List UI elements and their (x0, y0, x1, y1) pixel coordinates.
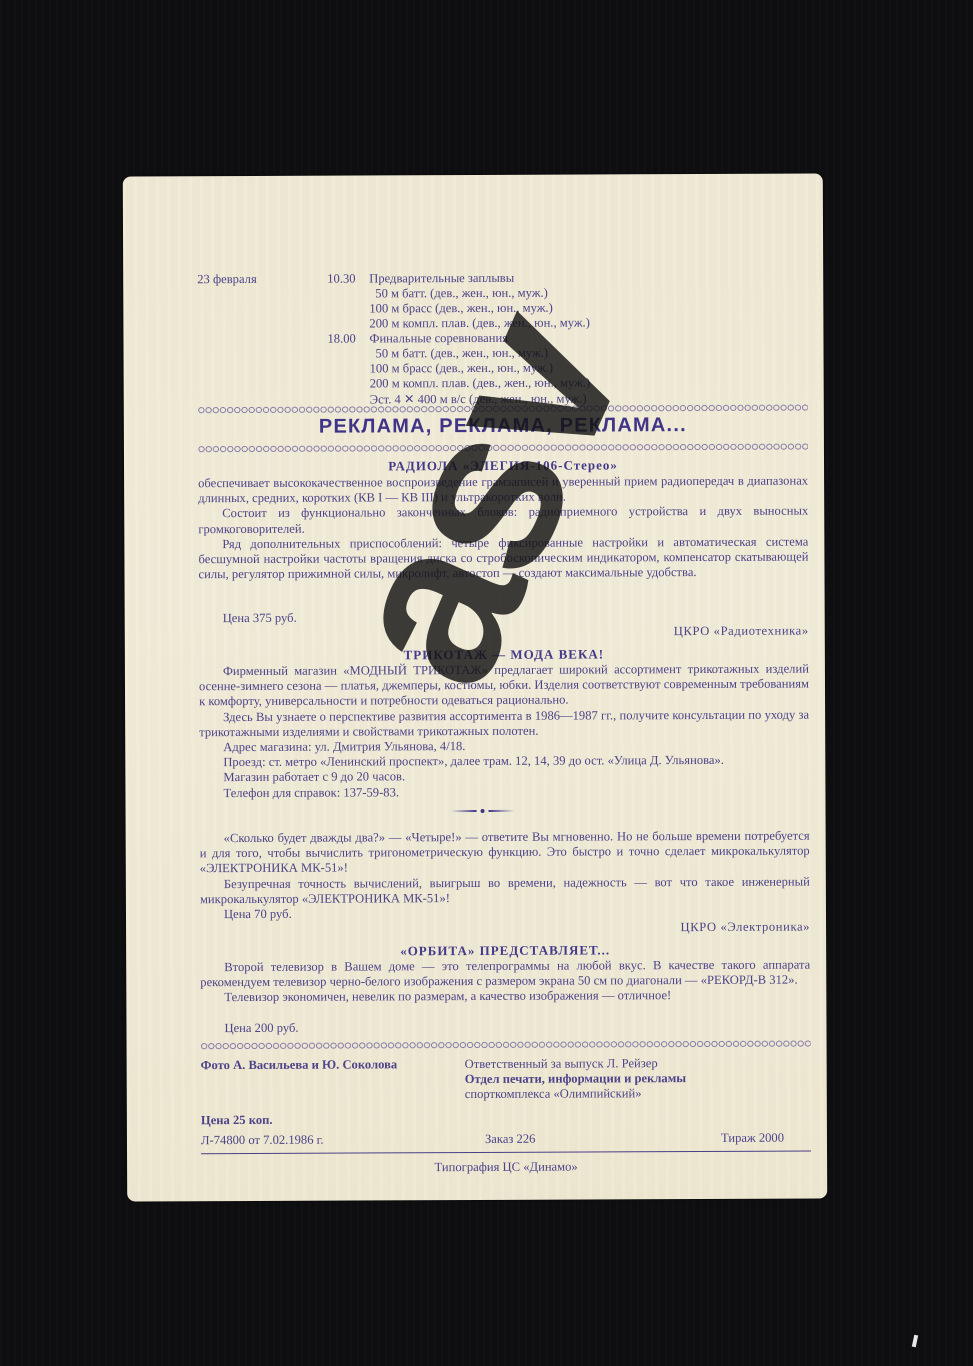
ad-paragraph: Второй телевизор в Вашем доме — это теле… (200, 958, 810, 991)
order-number: Заказ 226 (485, 1132, 536, 1147)
ad-radiola-price: Цена 375 руб. (223, 611, 297, 626)
ad-paragraph: Безупречная точность вычислений, выигрыш… (200, 874, 810, 907)
print-run: Тираж 2000 (721, 1131, 784, 1146)
ad-calculator-price: Цена 70 руб. (224, 907, 292, 922)
schedule-date: 23 февраля (197, 272, 257, 287)
ad-calculator-signature: ЦКРО «Электроника» (681, 920, 811, 936)
separator-dot (481, 809, 485, 813)
license-number: Л-74800 от 7.02.1986 г. (201, 1133, 324, 1149)
photo-credit: Фото А. Васильева и Ю. Соколова (201, 1057, 398, 1073)
ad-paragraph: «Сколько будет дважды два?» — «Четыре!» … (200, 829, 810, 877)
ad-radiola-signature: ЦКРО «Радиотехника» (674, 624, 809, 640)
footer-rule (201, 1151, 811, 1155)
responsible-line: спорткомплекса «Олимпийский» (465, 1086, 642, 1102)
responsible-line: Отдел печати, информации и рекламы (465, 1071, 686, 1087)
issue-price: Цена 25 коп. (201, 1113, 273, 1128)
separator-line-right (489, 810, 515, 812)
ad-paragraph: Проезд: ст. метро «Ленинский проспект», … (199, 753, 809, 771)
ad-paragraph: Телефон для справок: 137-59-83. (199, 783, 809, 801)
ad-orbita-price: Цена 200 руб. (224, 1021, 298, 1036)
session-time: 18.00 (327, 332, 355, 347)
printer-name: Типография ЦС «Динамо» (201, 1159, 811, 1177)
session-time: 10.30 (327, 272, 355, 287)
ornament-border-footer (201, 1039, 811, 1052)
ad-paragraph: Телевизор экономичен, невелик по размера… (200, 988, 810, 1006)
responsible-line: Ответственный за выпуск Л. Рейзер (465, 1056, 658, 1072)
section-separator (451, 808, 515, 814)
ad-orbita-body: Второй телевизор в Вашем доме — это теле… (200, 958, 810, 1006)
separator-line-left (451, 810, 477, 812)
ad-calculator-body: «Сколько будет дважды два?» — «Четыре!» … (200, 829, 810, 908)
ad-paragraph: Здесь Вы узнаете о перспективе развития … (199, 707, 809, 740)
